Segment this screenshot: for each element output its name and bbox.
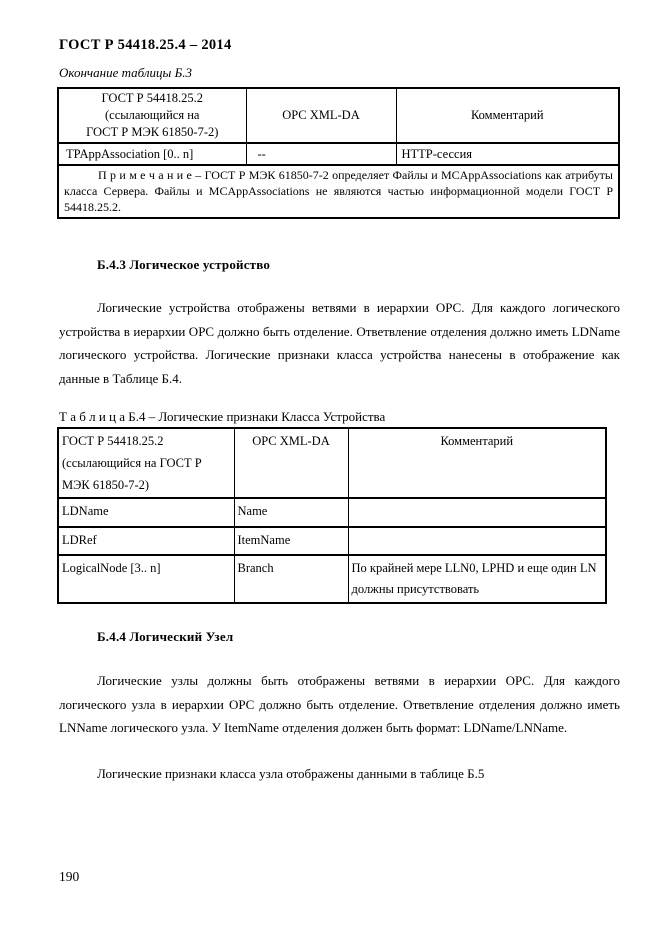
- table-b3-header-row: ГОСТ Р 54418.25.2 (ссылающийся на ГОСТ Р…: [58, 88, 619, 143]
- table-b4-header-opc: OPC XML-DA: [234, 428, 348, 498]
- table-row: TPAppAssociation [0.. n] -- HTTP-сессия: [58, 143, 619, 165]
- table-b3-cell-attribute: TPAppAssociation [0.. n]: [58, 143, 246, 165]
- table-b3-cell-opc: --: [246, 143, 396, 165]
- table-b4: ГОСТ Р 54418.25.2 (ссылающийся на ГОСТ Р…: [57, 427, 607, 604]
- table-row: LDName Name: [58, 498, 606, 527]
- table-b3-header-gost: ГОСТ Р 54418.25.2 (ссылающийся на ГОСТ Р…: [58, 88, 246, 143]
- paragraph-b44: Логические узлы должны быть отображены в…: [59, 669, 620, 740]
- paragraph-b44-note: Логические признаки класса узла отображе…: [59, 762, 620, 786]
- table-b3-header-opc: OPC XML-DA: [246, 88, 396, 143]
- document-page: { "page": { "doc_header": "ГОСТ Р 54418.…: [0, 0, 661, 935]
- table-b3: ГОСТ Р 54418.25.2 (ссылающийся на ГОСТ Р…: [57, 87, 620, 219]
- table-row: LDRef ItemName: [58, 527, 606, 555]
- table-b3-note-row: П р и м е ч а н и е – ГОСТ Р МЭК 61850-7…: [58, 165, 619, 218]
- table-b4-header-row: ГОСТ Р 54418.25.2 (ссылающийся на ГОСТ Р…: [58, 428, 606, 498]
- table-b4-cell-opc: Branch: [234, 555, 348, 603]
- section-heading-b43: Б.4.3 Логическое устройство: [97, 257, 270, 273]
- table-b3-cell-comment: HTTP-сессия: [396, 143, 619, 165]
- table-b4-caption: Т а б л и ц а Б.4 – Логические признаки …: [59, 409, 385, 425]
- table-b4-cell-opc: Name: [234, 498, 348, 527]
- table-b4-cell-attribute: LDRef: [58, 527, 234, 555]
- table-b4-cell-comment: [348, 498, 606, 527]
- table-b4-cell-opc: ItemName: [234, 527, 348, 555]
- table-row: LogicalNode [3.. n] Branch По крайней ме…: [58, 555, 606, 603]
- paragraph-b43: Логические устройства отображены ветвями…: [59, 296, 620, 390]
- section-heading-b44: Б.4.4 Логический Узел: [97, 629, 233, 645]
- table-b3-continuation-caption: Окончание таблицы Б.3: [59, 65, 192, 81]
- table-b3-note: П р и м е ч а н и е – ГОСТ Р МЭК 61850-7…: [58, 165, 619, 218]
- table-b3-header-comment: Комментарий: [396, 88, 619, 143]
- document-header: ГОСТ Р 54418.25.4 – 2014: [59, 37, 232, 54]
- table-b4-cell-comment: По крайней мере LLN0, LPHD и еще один LN…: [348, 555, 606, 603]
- page-number: 190: [59, 869, 79, 885]
- table-b4-header-comment: Комментарий: [348, 428, 606, 498]
- table-b4-cell-attribute: LDName: [58, 498, 234, 527]
- table-b4-header-gost: ГОСТ Р 54418.25.2 (ссылающийся на ГОСТ Р…: [58, 428, 234, 498]
- table-b4-cell-comment: [348, 527, 606, 555]
- table-b4-cell-attribute: LogicalNode [3.. n]: [58, 555, 234, 603]
